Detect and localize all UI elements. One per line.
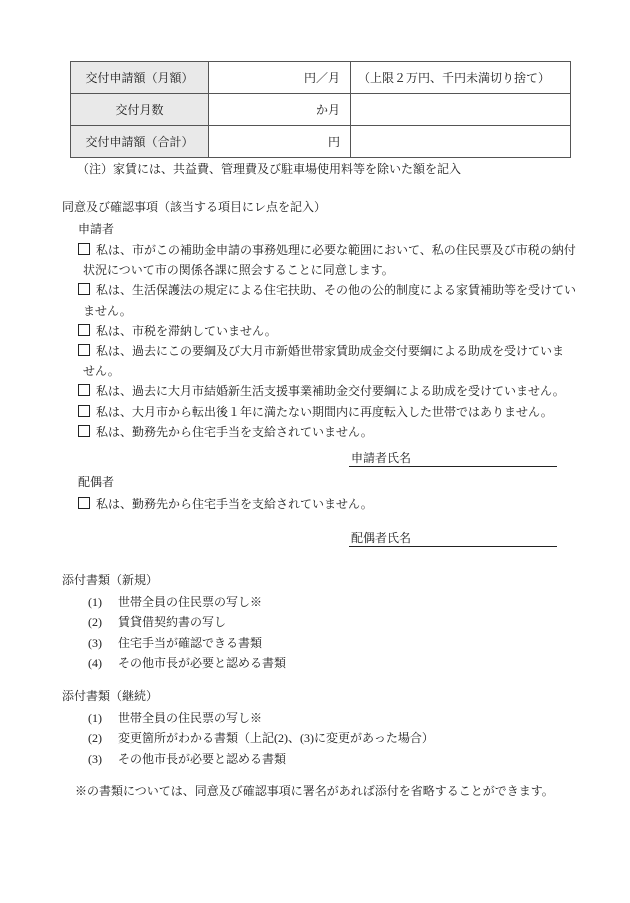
item-number: (2) — [88, 728, 118, 748]
spouse-item-no-housing-allowance: 私は、勤務先から住宅手当を支給されていません。 — [83, 494, 583, 514]
spouse-name-label: 配偶者氏名 — [351, 529, 411, 546]
checkbox[interactable] — [78, 405, 90, 417]
spouse-consent-list: 私は、勤務先から住宅手当を支給されていません。 — [83, 494, 583, 514]
applicant-consent-list: 私は、市がこの補助金申請の事務処理に必要な範囲において、私の住民票及び市税の納付… — [83, 240, 583, 442]
attachments-continue-heading: 添付書類（継続） — [62, 687, 158, 704]
item-number: (3) — [88, 749, 118, 769]
list-item: (4)その他市長が必要と認める書類 — [88, 653, 286, 673]
item-text: 世帯全員の住民票の写し※ — [118, 711, 262, 725]
checkbox[interactable] — [78, 425, 90, 437]
consent-item-no-prior-rent-grant: 私は、過去にこの要綱及び大月市新婚世帯家賃助成金交付要綱による助成を受けていま … — [83, 341, 583, 381]
amount-input-cell-monthly[interactable]: 円／月 — [209, 62, 351, 94]
checkbox[interactable] — [78, 344, 90, 356]
item-text: 住宅手当が確認できる書類 — [118, 636, 262, 650]
checkbox[interactable] — [78, 497, 90, 509]
item-text: 賃貸借契約書の写し — [118, 615, 226, 629]
applicant-name-field[interactable]: 申請者氏名 — [349, 449, 557, 467]
row-label-total-amount: 交付申請額（合計） — [71, 126, 209, 158]
list-item: (1)世帯全員の住民票の写し※ — [88, 708, 434, 728]
item-number: (4) — [88, 653, 118, 673]
consent-item-no-public-subsidy: 私は、生活保護法の規定による住宅扶助、その他の公的制度による家賃補助等を受けてい… — [83, 280, 583, 320]
list-item: (3)住宅手当が確認できる書類 — [88, 633, 286, 653]
remark-cell-months — [351, 94, 571, 126]
list-item: (2)変更箇所がわかる書類（上記(2)、(3)に変更があった場合） — [88, 728, 434, 748]
consent-item-text: 私は、過去にこの要綱及び大月市新婚世帯家賃助成金交付要綱による助成を受けていま … — [83, 344, 564, 378]
rent-note: （注）家賃には、共益費、管理費及び駐車場使用料等を除いた額を記入 — [77, 160, 461, 177]
attachments-continue-list: (1)世帯全員の住民票の写し※ (2)変更箇所がわかる書類（上記(2)、(3)に… — [88, 708, 434, 769]
consent-item-text: 私は、生活保護法の規定による住宅扶助、その他の公的制度による家賃補助等を受けてい… — [83, 283, 576, 317]
list-item: (1)世帯全員の住民票の写し※ — [88, 592, 286, 612]
consent-item-text: 私は、過去に大月市結婚新生活支援事業補助金交付要綱による助成を受けていません。 — [96, 384, 565, 398]
consent-item-text: 私は、市税を滞納していません。 — [96, 324, 277, 338]
item-text: その他市長が必要と認める書類 — [118, 752, 286, 766]
spouse-label: 配偶者 — [78, 473, 114, 490]
signature-omission-note: ※の書類については、同意及び確認事項に署名があれば添付を省略することができます。 — [75, 782, 554, 799]
consent-item-inquiry: 私は、市がこの補助金申請の事務処理に必要な範囲において、私の住民票及び市税の納付… — [83, 240, 583, 280]
attachments-new-list: (1)世帯全員の住民票の写し※ (2)賃貸借契約書の写し (3)住宅手当が確認で… — [88, 592, 286, 674]
item-number: (3) — [88, 633, 118, 653]
row-label-months: 交付月数 — [71, 94, 209, 126]
row-label-monthly-amount: 交付申請額（月額） — [71, 62, 209, 94]
item-text: 世帯全員の住民票の写し※ — [118, 595, 262, 609]
item-number: (1) — [88, 708, 118, 728]
table-row: 交付申請額（合計） 円 — [71, 126, 571, 158]
applicant-name-label: 申請者氏名 — [351, 449, 411, 466]
item-text: 変更箇所がわかる書類（上記(2)、(3)に変更があった場合） — [118, 731, 434, 745]
amount-input-cell-total[interactable]: 円 — [209, 126, 351, 158]
form-page: 交付申請額（月額） 円／月 （上限２万円、千円未満切り捨て） 交付月数 か月 交… — [0, 0, 630, 903]
checkbox[interactable] — [78, 324, 90, 336]
consent-item-text: 私は、大月市から転出後１年に満たない期間内に再度転入した世帯ではありません。 — [96, 405, 553, 419]
checkbox[interactable] — [78, 283, 90, 295]
consent-item-no-housing-allowance: 私は、勤務先から住宅手当を支給されていません。 — [83, 422, 583, 442]
attachments-new-heading: 添付書類（新規） — [62, 571, 158, 588]
checkbox[interactable] — [78, 384, 90, 396]
amount-input-cell-months[interactable]: か月 — [209, 94, 351, 126]
consent-item-no-prior-newlife-grant: 私は、過去に大月市結婚新生活支援事業補助金交付要綱による助成を受けていません。 — [83, 381, 583, 401]
consent-item-text: 私は、市がこの補助金申請の事務処理に必要な範囲において、私の住民票及び市税の納付… — [83, 243, 576, 277]
checkbox[interactable] — [78, 243, 90, 255]
applicant-label: 申請者 — [78, 220, 114, 237]
remark-cell-monthly: （上限２万円、千円未満切り捨て） — [351, 62, 571, 94]
grant-amount-table: 交付申請額（月額） 円／月 （上限２万円、千円未満切り捨て） 交付月数 か月 交… — [70, 61, 571, 158]
list-item: (3)その他市長が必要と認める書類 — [88, 749, 434, 769]
spouse-name-field[interactable]: 配偶者氏名 — [349, 529, 557, 547]
consent-section-heading: 同意及び確認事項（該当する項目にレ点を記入） — [62, 198, 326, 215]
remark-cell-total — [351, 126, 571, 158]
list-item: (2)賃貸借契約書の写し — [88, 612, 286, 632]
table-row: 交付月数 か月 — [71, 94, 571, 126]
item-text: その他市長が必要と認める書類 — [118, 656, 286, 670]
consent-item-no-tax-delinquency: 私は、市税を滞納していません。 — [83, 321, 583, 341]
consent-item-text: 私は、勤務先から住宅手当を支給されていません。 — [96, 497, 373, 511]
table-row: 交付申請額（月額） 円／月 （上限２万円、千円未満切り捨て） — [71, 62, 571, 94]
consent-item-no-reentry-household: 私は、大月市から転出後１年に満たない期間内に再度転入した世帯ではありません。 — [83, 402, 583, 422]
consent-item-text: 私は、勤務先から住宅手当を支給されていません。 — [96, 425, 373, 439]
item-number: (1) — [88, 592, 118, 612]
item-number: (2) — [88, 612, 118, 632]
